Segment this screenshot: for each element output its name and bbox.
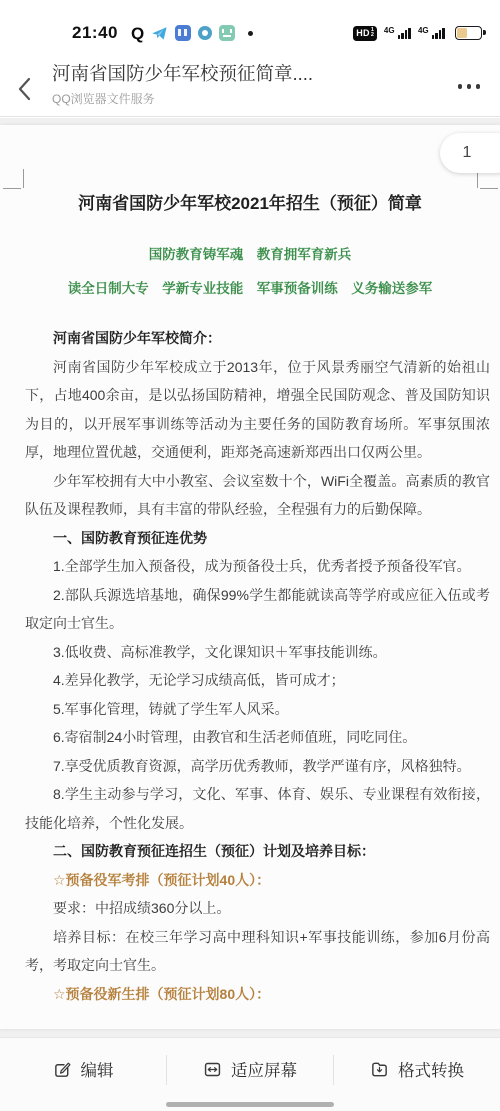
more-notifications-dot-icon [248, 31, 253, 36]
doc-paragraph: 4.差异化教学，无论学习成绩高低，皆可成才； [25, 666, 490, 695]
doc-paragraph: 河南省国防少年军校成立于2013年，位于风景秀丽空气清新的始祖山下，占地400余… [25, 353, 490, 467]
sim2-index: 2 [371, 33, 374, 38]
hd-volte-icon: HD 1 2 [353, 26, 377, 41]
app-header: 河南省国防少年军校预征简章.... QQ浏览器文件服务 [0, 56, 500, 117]
doc-slogan: 国防教育铸军魂 教育拥军育新兵 [0, 243, 500, 263]
doc-paragraph: 2.部队兵源选培基地，确保99%学生都能就读高等学府或应征入伍或考取定向士官生。 [25, 581, 490, 638]
document-app-icon [175, 25, 191, 41]
teal-app-icon [219, 25, 235, 41]
fit-screen-button[interactable]: 适应屏幕 [167, 1051, 333, 1087]
format-convert-icon [370, 1060, 389, 1079]
status-bar: 21:40 Q HD 1 2 4G [0, 0, 500, 56]
doc-paragraph: ☆预备役军考排（预征计划40人）： [25, 866, 490, 895]
clock: 21:40 [72, 23, 118, 43]
doc-slogan: 读全日制大专 学新专业技能 军事预备训练 义务输送参军 [0, 277, 500, 297]
format-convert-button[interactable]: 格式转换 [334, 1051, 500, 1087]
document-title: 河南省国防少年军校2021年招生（预征）简章 [0, 189, 500, 214]
doc-paragraph: 6.寄宿制24小时管理，由教官和生活老师值班，同吃同住。 [25, 723, 490, 752]
battery-fill-level [457, 28, 467, 38]
document-page[interactable]: 河南省国防少年军校2021年招生（预征）简章 国防教育铸军魂 教育拥军育新兵 读… [0, 125, 500, 1029]
bottom-toolbar: 编辑 适应屏幕 格式转换 [0, 1037, 500, 1111]
media-app-icon [198, 26, 212, 40]
doc-paragraph: 7.享受优质教育资源，高学历优秀教师，教学严谨有序，风格独特。 [25, 752, 490, 781]
telegram-paper-plane-icon [151, 25, 168, 42]
doc-paragraph: 5.军事化管理，铸就了学生军人风采。 [25, 695, 490, 724]
ellipsis-icon [458, 84, 463, 89]
file-title: 河南省国防少年军校预征简章.... [52, 60, 432, 86]
doc-paragraph: 少年军校拥有大中小教室、会议室数十个，WiFi全覆盖。高素质的教官队伍及课程教师… [25, 467, 490, 524]
more-menu-button[interactable] [456, 78, 483, 95]
doc-paragraph: 8.学生主动参与学习，文化、军事、体育、娱乐、专业课程有效衔接，技能化培养，个性… [25, 780, 490, 837]
edit-pencil-icon [53, 1060, 72, 1079]
doc-paragraph: 河南省国防少年军校简介： [25, 324, 490, 353]
doc-paragraph: 1.全部学生加入预备役，成为预备役士兵，优秀者授予预备役军官。 [25, 552, 490, 581]
doc-paragraph: 二、国防教育预征连招生（预征）计划及培养目标： [25, 837, 490, 866]
doc-paragraph: 一、国防教育预征连优势 [25, 524, 490, 553]
qq-browser-icon: Q [131, 25, 144, 42]
fit-screen-icon [203, 1060, 222, 1079]
signal-strength-icon-sim1: 4G [384, 28, 411, 39]
doc-paragraph: 要求：中招成绩360分以上。 [25, 894, 490, 923]
status-right-cluster: HD 1 2 4G 4G [353, 26, 482, 41]
back-chevron-icon [14, 76, 36, 102]
home-indicator-bar[interactable] [166, 1102, 334, 1107]
phone-screen: 21:40 Q HD 1 2 4G [0, 0, 500, 1111]
page-number-indicator[interactable]: 1 [440, 133, 500, 173]
doc-paragraphs: 河南省国防少年军校简介：河南省国防少年军校成立于2013年，位于风景秀丽空气清新… [25, 324, 490, 1008]
doc-paragraph: 3.低收费、高标准教学，文化课知识＋军事技能训练。 [25, 638, 490, 667]
document-viewer[interactable]: 1 河南省国防少年军校2021年招生（预征）简章 国防教育铸军魂 教育拥军育新兵… [0, 118, 500, 1037]
battery-icon [455, 26, 482, 40]
signal-strength-icon-sim2: 4G [418, 28, 445, 39]
text-boundary-mark-left [23, 169, 24, 188]
doc-paragraph: 培养目标：在校三年学习高中理科知识+军事技能训练，参加6月份高考，考取定向士官生… [25, 923, 490, 980]
file-source-label: QQ浏览器文件服务 [52, 90, 500, 107]
back-button[interactable] [8, 72, 42, 106]
doc-paragraph: ☆预备役新生排（预征计划80人）： [25, 980, 490, 1009]
edit-button[interactable]: 编辑 [0, 1051, 166, 1087]
notification-icons: Q [131, 25, 253, 42]
